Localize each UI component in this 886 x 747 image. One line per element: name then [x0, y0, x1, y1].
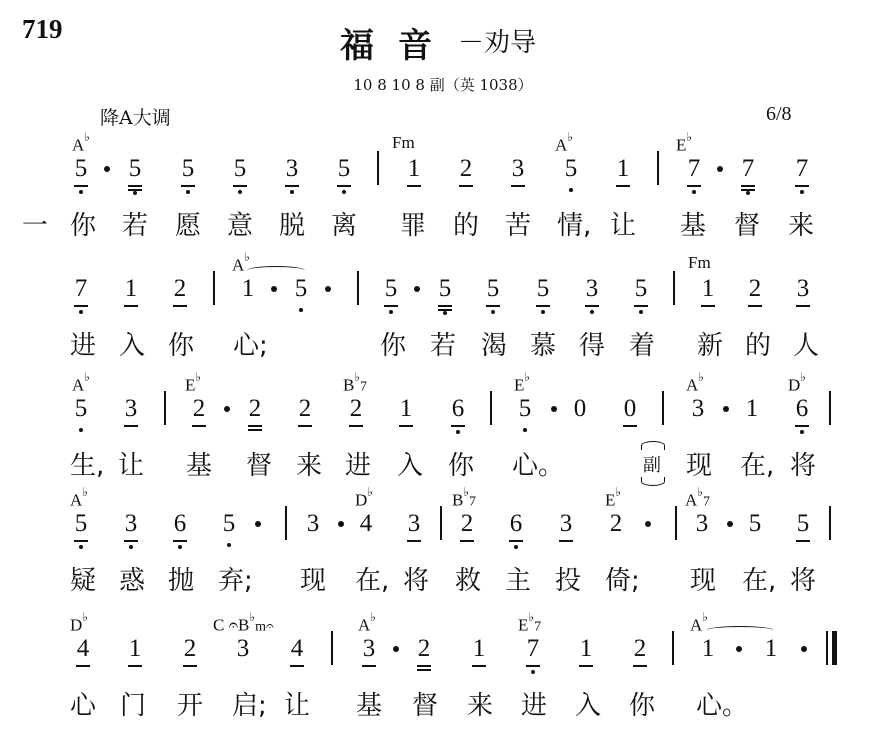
lyric-syllable: 惑	[119, 560, 145, 597]
lyric-syllable: 意	[227, 205, 253, 242]
note-3: 3	[553, 510, 579, 538]
barline	[331, 631, 333, 665]
lyric-syllable: 督	[412, 685, 438, 722]
note-3: 3	[118, 510, 144, 538]
lyric-syllable: 一	[22, 205, 48, 242]
augmentation-dot	[104, 166, 110, 172]
chord-symbol: C 𝄐B♭m𝄐	[213, 613, 274, 636]
lyric-syllable: 慕	[530, 325, 556, 362]
lyric-syllable: 若	[122, 205, 148, 242]
chord-symbol: Fm	[688, 253, 711, 273]
chord-symbol: Fm	[392, 133, 415, 153]
note-3: 3	[689, 510, 715, 538]
chord-symbol: E♭	[605, 488, 621, 511]
note-5: 5	[68, 510, 94, 538]
note-5: 5	[122, 155, 148, 183]
note-3: 3	[356, 635, 382, 663]
barline	[377, 151, 379, 185]
note-3: 3	[230, 635, 256, 663]
note-6: 6	[445, 395, 471, 423]
note-2: 2	[177, 635, 203, 663]
note-5: 5	[175, 155, 201, 183]
lyric-syllable: 脱	[279, 205, 305, 242]
barline	[673, 271, 675, 305]
lyric-syllable: 开	[177, 685, 203, 722]
augmentation-dot	[255, 521, 261, 527]
lyric-syllable: 督	[734, 205, 760, 242]
note-2: 2	[453, 155, 479, 183]
note-1: 1	[758, 635, 784, 663]
note-2: 2	[186, 395, 212, 423]
lyric-syllable: 渴	[481, 325, 507, 362]
chord-symbol: B♭7	[343, 373, 367, 396]
note-2: 2	[343, 395, 369, 423]
lyric-syllable: 你	[629, 685, 655, 722]
note-3: 3	[300, 510, 326, 538]
note-5: 5	[558, 155, 584, 183]
lyric-syllable: 基	[186, 445, 212, 482]
augmentation-dot	[717, 166, 723, 172]
augmentation-dot	[645, 521, 651, 527]
lyric-syllable: 苦	[505, 205, 531, 242]
lyric-syllable: 在,	[742, 560, 776, 597]
note-1: 1	[573, 635, 599, 663]
note-5: 5	[742, 510, 768, 538]
lyric-syllable: 救	[455, 560, 481, 597]
note-1: 1	[466, 635, 492, 663]
note-5: 5	[378, 275, 404, 303]
lyric-syllable: 督	[246, 445, 272, 482]
meter-line: 10 8 10 8 副（英 1038）	[0, 74, 886, 95]
lyric-syllable: 着	[629, 325, 655, 362]
lyric-syllable: 倚;	[605, 560, 640, 597]
chord-symbol: E♭	[514, 373, 530, 396]
barline	[829, 391, 831, 425]
lyric-syllable: 愿	[175, 205, 201, 242]
note-5: 5	[68, 395, 94, 423]
lyric-syllable: 让	[118, 445, 144, 482]
barline	[662, 391, 664, 425]
chord-symbol: D♭	[70, 613, 88, 636]
augmentation-dot	[414, 286, 420, 292]
note-3: 3	[279, 155, 305, 183]
note-3: 3	[118, 395, 144, 423]
chord-symbol: A♭	[555, 133, 573, 156]
note-1: 1	[393, 395, 419, 423]
note-1: 1	[610, 155, 636, 183]
lyric-syllable: 将	[790, 445, 816, 482]
note-6: 6	[503, 510, 529, 538]
lyric-syllable: 人	[793, 325, 819, 362]
note-3: 3	[790, 275, 816, 303]
final-barline-thick	[832, 631, 837, 665]
note-7: 7	[68, 275, 94, 303]
chord-symbol: E♭	[185, 373, 201, 396]
lyric-syllable: 的	[453, 205, 479, 242]
chord-symbol: A♭	[358, 613, 376, 636]
note-1: 1	[739, 395, 765, 423]
chord-symbol: A♭	[72, 133, 90, 156]
note-5: 5	[790, 510, 816, 538]
note-3: 3	[579, 275, 605, 303]
lyric-syllable: 心;	[233, 325, 268, 362]
lyric-syllable: 进	[345, 445, 371, 482]
barline	[675, 506, 677, 540]
lyric-syllable: 来	[296, 445, 322, 482]
barline	[164, 391, 166, 425]
augmentation-dot	[393, 646, 399, 652]
lyric-syllable: 投	[555, 560, 581, 597]
note-1: 1	[401, 155, 427, 183]
augmentation-dot	[801, 646, 807, 652]
note-2: 2	[627, 635, 653, 663]
note-5: 5	[628, 275, 654, 303]
lyric-syllable: 心。	[696, 685, 748, 722]
hymn-number: 719	[22, 14, 63, 45]
note-4: 4	[284, 635, 310, 663]
augmentation-dot	[271, 286, 277, 292]
lyric-syllable: 得	[579, 325, 605, 362]
augmentation-dot	[551, 406, 557, 412]
lyric-syllable: 入	[575, 685, 601, 722]
lyric-syllable: 情,	[557, 205, 591, 242]
note-5: 5	[288, 275, 314, 303]
chord-symbol: A♭	[686, 373, 704, 396]
lyric-syllable: 现	[690, 560, 716, 597]
note-5: 5	[68, 155, 94, 183]
augmentation-dot	[727, 521, 733, 527]
barline	[440, 506, 442, 540]
note-0: 0	[617, 395, 643, 423]
note-1: 1	[235, 275, 261, 303]
lyric-syllable: 心	[70, 685, 96, 722]
lyric-syllable: 让	[284, 685, 310, 722]
lyric-syllable: 入	[119, 325, 145, 362]
augmentation-dot	[338, 521, 344, 527]
chord-symbol: D♭	[355, 488, 373, 511]
note-7: 7	[520, 635, 546, 663]
chord-symbol: E♭7	[518, 613, 541, 636]
lyric-syllable: 启;	[232, 685, 267, 722]
note-6: 6	[789, 395, 815, 423]
lyric-syllable: 抛	[168, 560, 194, 597]
note-5: 5	[227, 155, 253, 183]
lyric-syllable: 将	[403, 560, 429, 597]
lyric-syllable: 基	[680, 205, 706, 242]
barline	[357, 271, 359, 305]
lyric-syllable: 进	[70, 325, 96, 362]
barline	[829, 506, 831, 540]
note-2: 2	[742, 275, 768, 303]
note-5: 5	[480, 275, 506, 303]
augmentation-dot	[224, 406, 230, 412]
barline	[213, 271, 215, 305]
augmentation-dot	[325, 286, 331, 292]
lyric-syllable: 主	[505, 560, 531, 597]
lyric-syllable: 罪	[400, 205, 426, 242]
note-2: 2	[454, 510, 480, 538]
lyric-syllable: 进	[521, 685, 547, 722]
lyric-syllable: 来	[788, 205, 814, 242]
note-2: 2	[242, 395, 268, 423]
refrain-marker: 副	[643, 451, 661, 477]
barline	[672, 631, 674, 665]
note-7: 7	[789, 155, 815, 183]
note-1: 1	[118, 275, 144, 303]
barline	[657, 151, 659, 185]
note-1: 1	[695, 275, 721, 303]
lyric-syllable: 门	[120, 685, 146, 722]
note-0: 0	[567, 395, 593, 423]
lyric-syllable: 将	[790, 560, 816, 597]
note-3: 3	[505, 155, 531, 183]
lyric-syllable: 来	[467, 685, 493, 722]
lyric-syllable: 新	[697, 325, 723, 362]
lyric-syllable: 生,	[70, 445, 104, 482]
lyric-syllable: 让	[610, 205, 636, 242]
hymn-title: 福音	[340, 18, 456, 67]
note-5: 5	[331, 155, 357, 183]
lyric-syllable: 入	[397, 445, 423, 482]
hymn-subtitle: －劝导	[458, 22, 536, 59]
note-7: 7	[681, 155, 707, 183]
lyric-syllable: 的	[745, 325, 771, 362]
note-2: 2	[167, 275, 193, 303]
key-signature: 降A大调	[100, 103, 171, 130]
note-6: 6	[167, 510, 193, 538]
time-signature: 6/8	[766, 103, 792, 126]
note-5: 5	[512, 395, 538, 423]
lyric-syllable: 现	[686, 445, 712, 482]
lyric-syllable: 在,	[740, 445, 774, 482]
lyric-syllable: 在,	[355, 560, 389, 597]
lyric-syllable: 心。	[512, 445, 564, 482]
note-1: 1	[695, 635, 721, 663]
note-2: 2	[411, 635, 437, 663]
augmentation-dot	[736, 646, 742, 652]
chord-symbol: E♭	[676, 133, 692, 156]
note-1: 1	[122, 635, 148, 663]
note-5: 5	[216, 510, 242, 538]
lyric-syllable: 你	[168, 325, 194, 362]
lyric-syllable: 现	[300, 560, 326, 597]
note-3: 3	[401, 510, 427, 538]
chord-symbol: D♭	[788, 373, 806, 396]
lyric-syllable: 你	[448, 445, 474, 482]
chord-symbol: A♭	[70, 488, 88, 511]
barline	[285, 506, 287, 540]
lyric-syllable: 若	[430, 325, 456, 362]
note-2: 2	[292, 395, 318, 423]
tie-slur	[706, 626, 774, 635]
note-5: 5	[530, 275, 556, 303]
barline	[490, 391, 492, 425]
chord-symbol: A♭7	[685, 488, 710, 511]
final-barline-thin	[826, 631, 828, 665]
lyric-syllable: 你	[70, 205, 96, 242]
note-3: 3	[685, 395, 711, 423]
note-7: 7	[735, 155, 761, 183]
chord-symbol: B♭7	[452, 488, 476, 511]
lyric-syllable: 基	[356, 685, 382, 722]
note-4: 4	[70, 635, 96, 663]
lyric-syllable: 你	[380, 325, 406, 362]
lyric-syllable: 疑	[70, 560, 96, 597]
note-5: 5	[432, 275, 458, 303]
note-2: 2	[603, 510, 629, 538]
note-4: 4	[353, 510, 379, 538]
lyric-syllable: 弃;	[218, 560, 253, 597]
lyric-syllable: 离	[331, 205, 357, 242]
tie-slur	[247, 266, 305, 275]
chord-symbol: A♭	[72, 373, 90, 396]
augmentation-dot	[723, 406, 729, 412]
